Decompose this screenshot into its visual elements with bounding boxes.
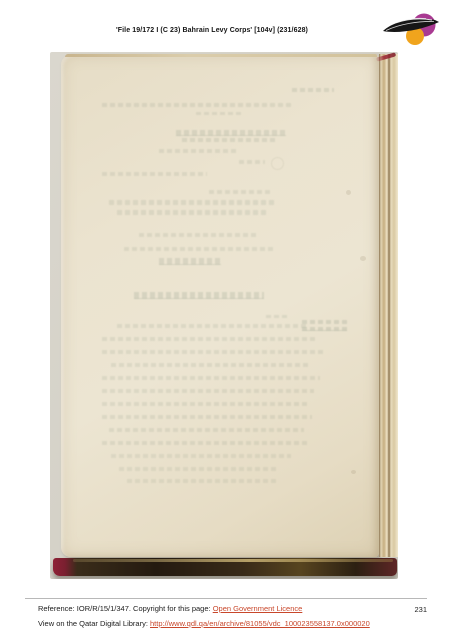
bleed-text-mark [239,160,265,164]
bleed-text-mark [102,441,307,445]
bleed-text-mark [124,247,276,251]
bleed-text-mark [134,292,264,299]
bleed-text-mark [302,320,347,324]
bleed-text-mark [102,172,207,176]
bleed-text-mark [102,415,312,419]
bleed-text-mark [109,200,276,205]
bleed-text-mark [102,376,320,380]
bleed-text-mark [102,389,314,393]
qdl-archive-link[interactable]: http://www.qdl.qa/en/archive/81055/vdc_1… [150,619,370,628]
bleed-text-mark [292,88,334,92]
paper-speck [360,256,366,261]
bleed-text-mark [139,233,259,237]
bleed-text-mark [109,428,304,432]
reference-line: Reference: IOR/R/15/1/347. Copyright for… [38,604,302,613]
paper-speck [351,470,356,474]
reference-text: Reference: IOR/R/15/1/347. Copyright for… [38,604,213,613]
bleed-text-mark [159,258,221,265]
bleed-text-mark [302,327,347,331]
page-title: 'File 19/172 I (C 23) Bahrain Levy Corps… [0,27,424,34]
qdl-export-page: 'File 19/172 I (C 23) Bahrain Levy Corps… [0,0,452,640]
bleed-text-mark [111,454,291,458]
bleed-text-mark [117,324,307,328]
scanned-book-photo [50,52,398,579]
bleed-text-mark [127,479,277,483]
bleed-text-mark [266,315,288,318]
bleed-text-mark [176,130,286,136]
paper-speck [346,190,351,195]
qdl-logo [382,11,440,48]
bleed-text-mark [182,138,277,142]
ink-bleedthrough-layer [61,54,379,557]
bleed-text-mark [102,350,324,354]
book-fore-edge [379,54,398,557]
bleed-text-mark [159,149,239,153]
cover-edge-highlight [73,559,393,562]
footer-divider [25,598,427,599]
view-online-text: View on the Qatar Digital Library: [38,619,150,628]
bleed-text-mark [119,467,279,471]
book-cover-bottom-edge [53,558,397,576]
bleed-text-mark [102,103,292,107]
bleed-text-mark [102,337,317,341]
bleed-text-mark [209,190,271,194]
bleed-text-mark [102,402,307,406]
bleed-text-mark [196,112,241,115]
page-number: 231 [414,605,427,614]
bleed-text-mark [117,210,269,215]
book-page-verso [61,54,379,557]
bleed-text-mark [111,363,311,367]
bleed-text-mark [271,157,284,170]
open-government-licence-link[interactable]: Open Government Licence [213,604,303,613]
view-online-line: View on the Qatar Digital Library: http:… [38,619,370,628]
